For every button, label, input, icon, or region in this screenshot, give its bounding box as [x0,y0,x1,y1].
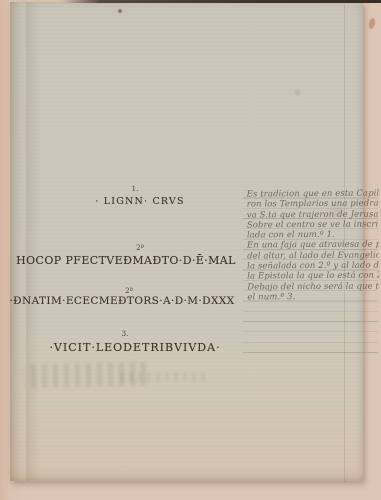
paper-stain [330,205,344,217]
inscription-line-3: ·ĐNATIM·ECECMEĐTORS·A·D·M·DXXX [9,295,234,307]
ink-speck [118,9,122,13]
inscription-line-4: ·VICIT·LEODETRIBVIVDA· [49,341,220,354]
note-line: el num.º 3. [247,292,379,303]
note-line: En una faja que atraviesa de pared [247,240,379,251]
inscription-ref-2: 2ª [136,244,144,252]
inscription-ref-4: 3. [122,330,129,338]
inscription-line-2: HOCOP PFECTVEĐMAĐTO·D·Ē·MAL [16,254,236,267]
note-line: Sobre el centro se ve la inscripcion señ… [247,219,379,230]
note-line: Debajo del nicho será la que tiene [247,281,379,292]
top-dark-edge [62,0,381,3]
inscription-line-1: · LIGNN· CRVS [95,196,184,207]
scanned-manuscript-page: 1. 2ª 2ª 3. · LIGNN· CRVS HOCOP PFECTVEĐ… [0,0,381,500]
binding-fold-shadow [26,2,40,481]
inscription-ref-1: 1. [132,185,139,193]
paper-stain-small [295,90,300,95]
ink-show-through-secondary [120,372,210,382]
inscription-ref-3: 2ª [125,287,133,295]
note-line: la Epistola la que lo está con 2.ª [247,271,379,282]
handwritten-note: Es tradicion que en esta Capilla deposit… [247,189,380,303]
note-line: ron los Templarios una piedra de la Cue [247,199,379,210]
